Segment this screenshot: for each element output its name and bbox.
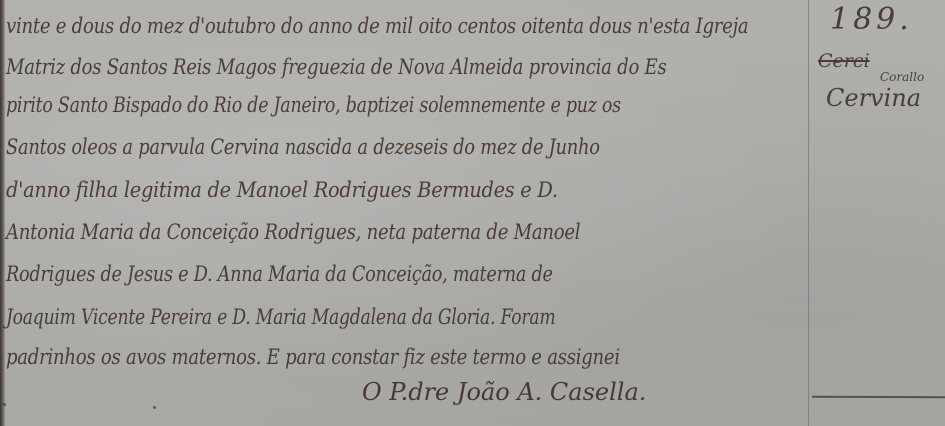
record-line-9: padrinhos os avos maternos. E para const… bbox=[6, 345, 620, 369]
entry-number: 189. bbox=[830, 2, 913, 37]
record-line-6: Antonia Maria da Conceição Rodrigues, ne… bbox=[6, 220, 580, 244]
priest-signature: O P.dre João A. Casella. bbox=[362, 378, 646, 406]
struck-out-name: Cerci bbox=[818, 50, 870, 72]
register-page: vinte e dous do mez d'outubro do anno de… bbox=[0, 0, 945, 426]
ink-speck bbox=[153, 406, 156, 409]
record-line-8: Joaquim Vicente Pereira e D. Maria Magda… bbox=[6, 305, 555, 329]
margin-divider-line bbox=[808, 0, 809, 426]
record-line-2: Matriz dos Santos Reis Magos freguezia d… bbox=[6, 55, 666, 79]
binding-edge bbox=[0, 0, 5, 426]
record-line-1: vinte e dous do mez d'outubro do anno de… bbox=[6, 14, 748, 38]
entry-separator-rule bbox=[812, 396, 945, 398]
record-line-5: d'anno filha legitima de Manoel Rodrigue… bbox=[6, 178, 558, 202]
record-line-7: Rodrigues de Jesus e D. Anna Maria da Co… bbox=[6, 262, 553, 286]
record-line-4: Santos oleos a parvula Cervina nascida a… bbox=[6, 135, 600, 159]
record-line-3: pirito Santo Bispado do Rio de Janeiro, … bbox=[6, 93, 621, 117]
ink-speck bbox=[3, 403, 6, 406]
margin-correction: Corallo bbox=[880, 70, 924, 84]
margin-child-name: Cervina bbox=[826, 84, 921, 112]
